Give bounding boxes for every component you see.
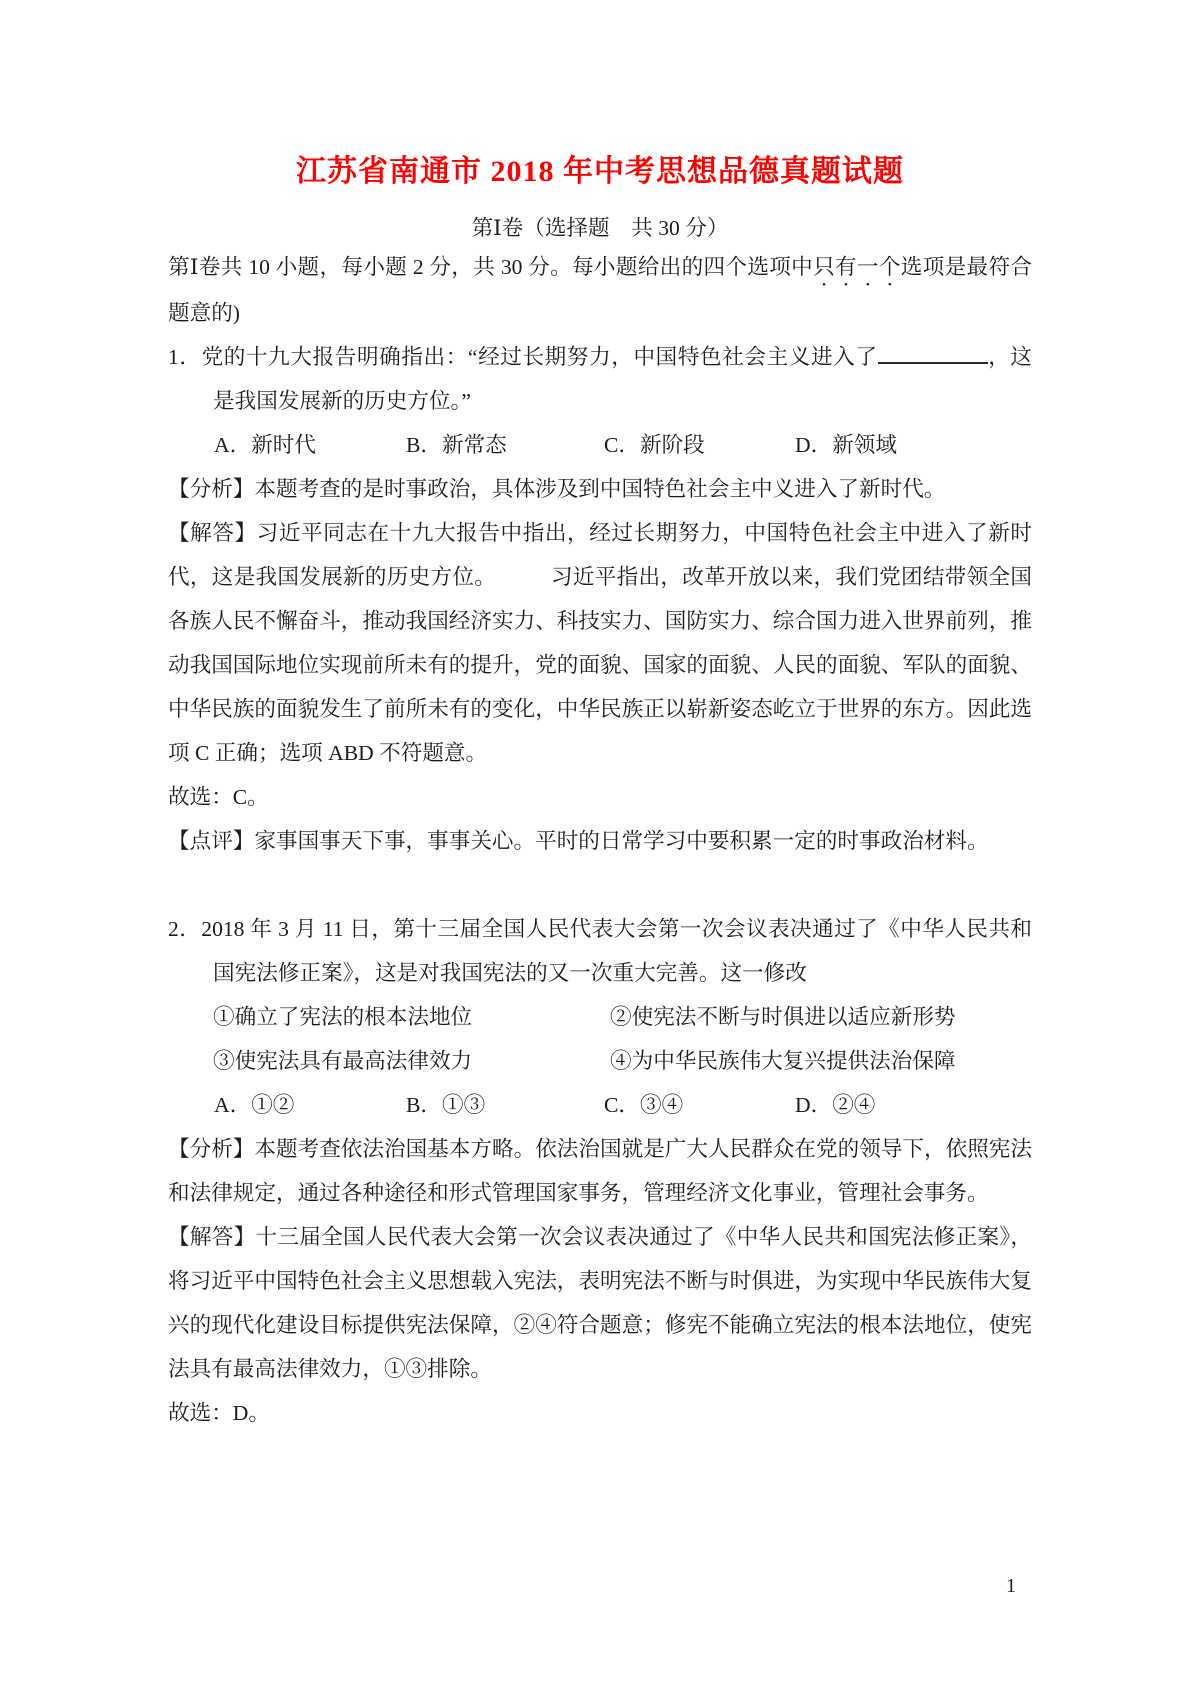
q1-conclusion: 故选：C。 — [168, 775, 1032, 819]
q2-conclusion: 故选：D。 — [168, 1391, 1032, 1435]
document-body: 第Ⅰ卷共 10 小题，每小题 2 分，共 30 分。每小题给出的四个选项中只有一… — [168, 245, 1032, 1435]
q2-option-a: A．①② — [214, 1083, 406, 1127]
q2-option-c: C．③④ — [604, 1083, 795, 1127]
q2-suboptions-row-2: ③使宪法具有最高法律效力④为中华民族伟大复兴提供法治保障 — [168, 1039, 1032, 1083]
q1-analysis: 【分析】本题考查的是时事政治，具体涉及到中国特色社会主中义进入了新时代。 — [168, 467, 1032, 511]
q1-option-b: B．新常态 — [406, 423, 604, 467]
q2-suboption-1: ①确立了宪法的根本法地位 — [213, 995, 610, 1039]
question-1-text-before-blank: 党的十九大报告明确指出：“经过长期努力，中国特色社会主义进入了 — [202, 345, 878, 369]
intro-text-before: 第Ⅰ卷共 10 小题，每小题 2 分，共 30 分。每小题给出的四个选项中 — [168, 255, 813, 279]
question-2-number: 2． — [168, 917, 201, 941]
q2-option-d: D．②④ — [795, 1083, 875, 1127]
q1-option-c: C．新阶段 — [604, 423, 795, 467]
q1-option-a: A．新时代 — [214, 423, 406, 467]
q2-suboption-4: ④为中华民族伟大复兴提供法治保障 — [610, 1049, 956, 1073]
q2-answer: 【解答】十三届全国人民代表大会第一次会议表决通过了《中华人民共和国宪法修正案》，… — [168, 1215, 1032, 1391]
intro-emphasized-text: 只有一个 — [813, 255, 901, 279]
q2-suboption-3: ③使宪法具有最高法律效力 — [213, 1039, 610, 1083]
question-2-text: 2018 年 3 月 11 日，第十三届全国人民代表大会第一次会议表决通过了《中… — [201, 917, 1032, 985]
q1-comment: 【点评】家事国事天下事，事事关心。平时的日常学习中要积累一定的时事政治材料。 — [168, 819, 1032, 863]
q2-option-b: B．①③ — [406, 1083, 604, 1127]
question-2-options-row: A．①②B．①③C．③④D．②④ — [168, 1083, 1032, 1127]
page-number: 1 — [1006, 1574, 1016, 1598]
q2-suboptions-row-1: ①确立了宪法的根本法地位②使宪法不断与时俱进以适应新形势 — [168, 995, 1032, 1039]
question-2-stem: 2．2018 年 3 月 11 日，第十三届全国人民代表大会第一次会议表决通过了… — [168, 907, 1032, 995]
q1-answer: 【解答】习近平同志在十九大报告中指出，经过长期努力，中国特色社会主中进入了新时代… — [168, 511, 1032, 775]
doc-title: 江苏省南通市 2018 年中考思想品德真题试题 — [0, 151, 1200, 193]
question-1-number: 1． — [168, 345, 202, 369]
question-1-options-row: A．新时代B．新常态C．新阶段D．新领域 — [168, 423, 1032, 467]
q2-analysis: 【分析】本题考查依法治国基本方略。依法治国就是广大人民群众在党的领导下，依照宪法… — [168, 1127, 1032, 1215]
section-heading: 第Ⅰ卷（选择题 共 30 分） — [0, 212, 1200, 244]
paragraph-spacer — [168, 863, 1032, 907]
intro-paragraph: 第Ⅰ卷共 10 小题，每小题 2 分，共 30 分。每小题给出的四个选项中只有一… — [168, 245, 1032, 335]
document-page: 江苏省南通市 2018 年中考思想品德真题试题 第Ⅰ卷（选择题 共 30 分） … — [0, 0, 1200, 1698]
question-1-stem: 1．党的十九大报告明确指出：“经过长期努力，中国特色社会主义进入了，这是我国发展… — [168, 335, 1032, 423]
fill-in-blank-line — [878, 344, 988, 364]
q1-option-d: D．新领域 — [795, 423, 897, 467]
q2-suboption-2: ②使宪法不断与时俱进以适应新形势 — [610, 1005, 956, 1029]
